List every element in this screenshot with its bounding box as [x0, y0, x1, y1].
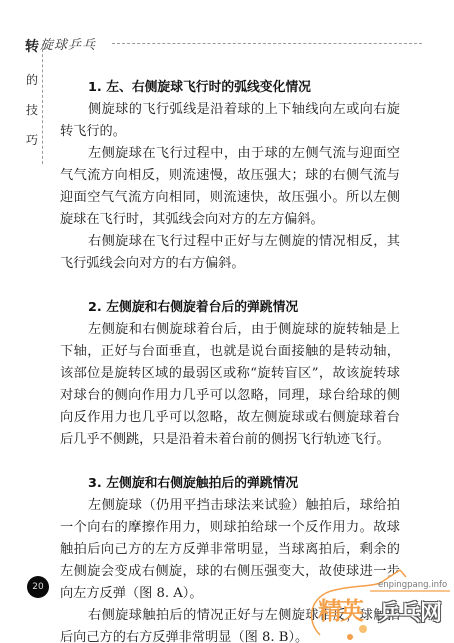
paragraph: 左侧旋和右侧旋球着台后，由于侧旋球的旋转轴是上下轴，正好与台面垂直，也就是说台面…: [60, 319, 400, 451]
paragraph: 左侧旋球在飞行过程中，由于球的左侧气流与迎面空气气流方向相反，则流速慢，故压强大…: [60, 143, 400, 231]
paragraph: 侧旋球的飞行弧线是沿着球的上下轴线向左或向右旋转飞行的。: [60, 99, 400, 143]
side-label-char: 转: [25, 40, 39, 54]
section-1: 1. 左、右侧旋球飞行时的弧线变化情况 侧旋球的飞行弧线是沿着球的上下轴线向左或…: [60, 77, 400, 275]
running-title: 旋球乒乓: [40, 34, 96, 53]
section-title: 2. 左侧旋和右侧旋着台后的弹跳情况: [88, 297, 400, 319]
section-2: 2. 左侧旋和右侧旋着台后的弹跳情况 左侧旋和右侧旋球着台后，由于侧旋球的旋转轴…: [60, 297, 400, 451]
side-label: 转 的 技 巧: [22, 40, 42, 164]
section-title: 3. 左侧旋和右侧旋触拍后的弹跳情况: [88, 473, 400, 495]
side-label-char: 巧: [26, 134, 38, 146]
page-number-badge: 20: [27, 576, 49, 598]
side-divider: [42, 44, 43, 164]
paragraph: 右侧旋球在飞行过程中正好与左侧旋的情况相反，其飞行弧线会向对方的右方偏斜。: [60, 231, 400, 275]
section-spacer: [60, 451, 400, 473]
watermark-brand-primary: 精英: [318, 591, 362, 626]
side-label-char: 技: [26, 104, 38, 116]
page-body: 1. 左、右侧旋球飞行时的弧线变化情况 侧旋球的飞行弧线是沿着球的上下轴线向左或…: [60, 77, 400, 643]
watermark-url: enpingpang.info: [378, 580, 447, 590]
section-spacer: [60, 275, 400, 297]
watermark-brand-secondary: 乒乓网: [378, 596, 441, 627]
side-label-char: 的: [26, 74, 38, 86]
header-divider: [112, 43, 422, 44]
section-title: 1. 左、右侧旋球飞行时的弧线变化情况: [88, 77, 400, 99]
